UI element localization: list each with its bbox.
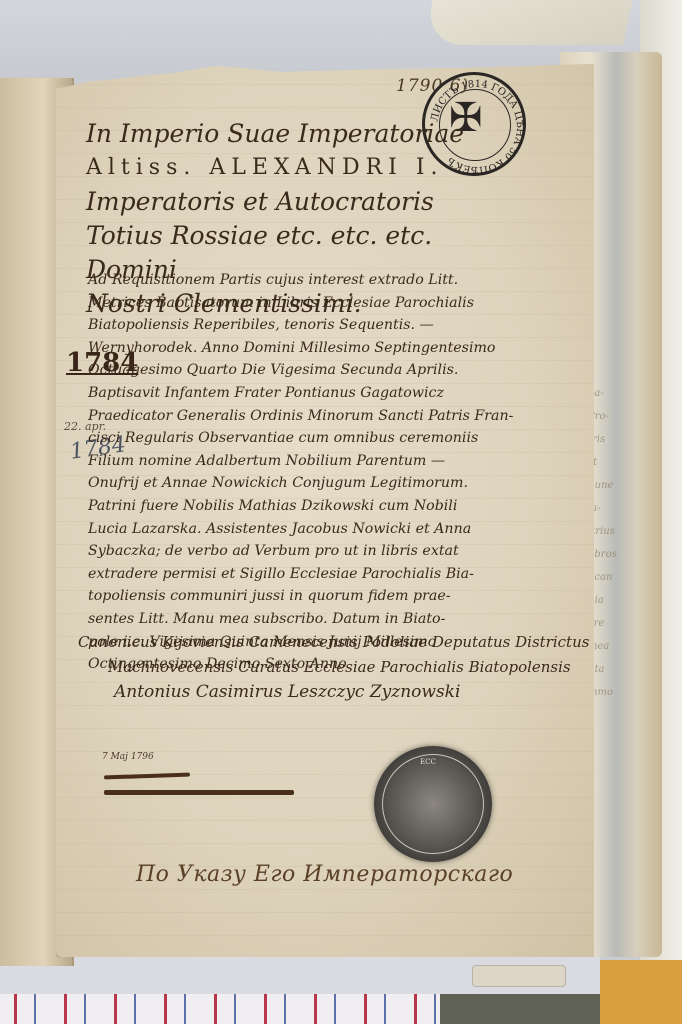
lamp-arm (423, 0, 633, 45)
church-wax-seal: ECC (374, 746, 492, 862)
floor-shadow (440, 994, 600, 1024)
back-page-margin-notes: ba- Pro- tris st Lune ja- ltrius libros … (588, 382, 638, 704)
cyrillic-endorsement: По Указу Его Императорскаго (136, 862, 513, 887)
seal-ring (382, 754, 484, 854)
table-slot (472, 965, 566, 987)
plaid-cloth (0, 994, 440, 1024)
document-body: Ad Requisitionem Partis cujus interest e… (88, 269, 588, 676)
signature-block: Canonicus Kijoviensis Camenecensis Podol… (78, 630, 598, 705)
struck-out-notes: 7 Maj 1796 (102, 752, 302, 802)
document-page: 1790 6) ЛИСТЪ 1814 ГОДА ЦѢНА 50 КОПѢЕКЪ … (56, 62, 594, 957)
strike-line (104, 790, 294, 795)
strike-line (104, 773, 190, 780)
orange-object (600, 960, 682, 1024)
